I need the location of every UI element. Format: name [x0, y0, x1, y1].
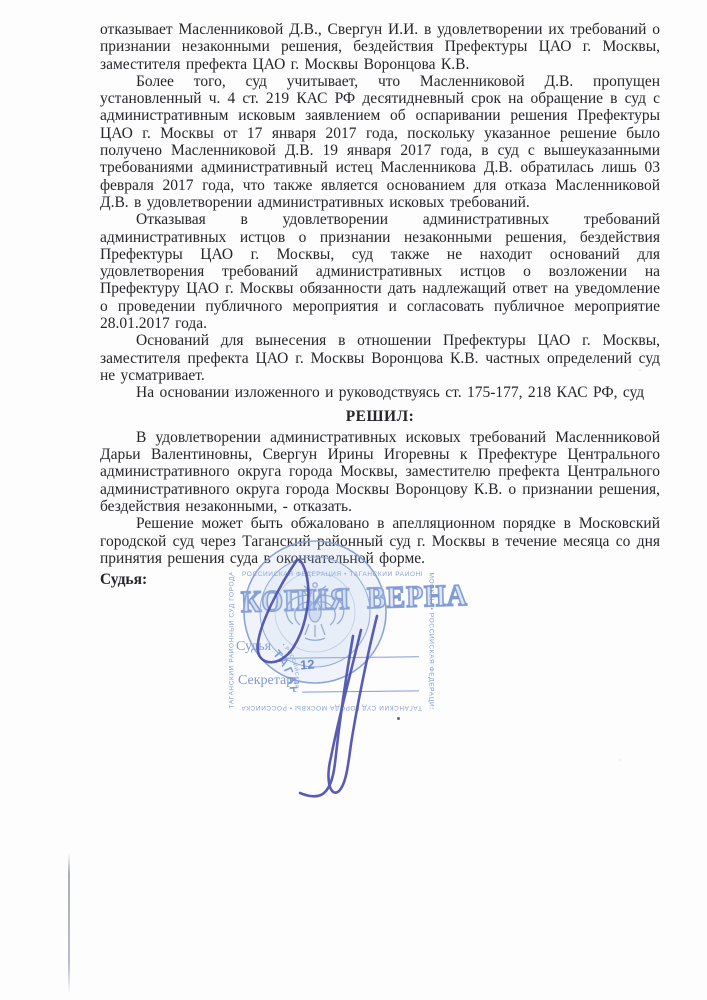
- judge-signature: [220, 540, 440, 810]
- stamp-layer: РОССИЙСКАЯ ФЕДЕРАЦИЯ • ТАГАНСКИЙ РАЙОННЫ…: [0, 0, 707, 1000]
- scan-edge-artifact-line: [68, 853, 70, 993]
- court-decision-scan-page: отказывает Масленниковой Д.В., Свергун И…: [0, 0, 707, 1000]
- ink-dot-artifact: [397, 717, 400, 720]
